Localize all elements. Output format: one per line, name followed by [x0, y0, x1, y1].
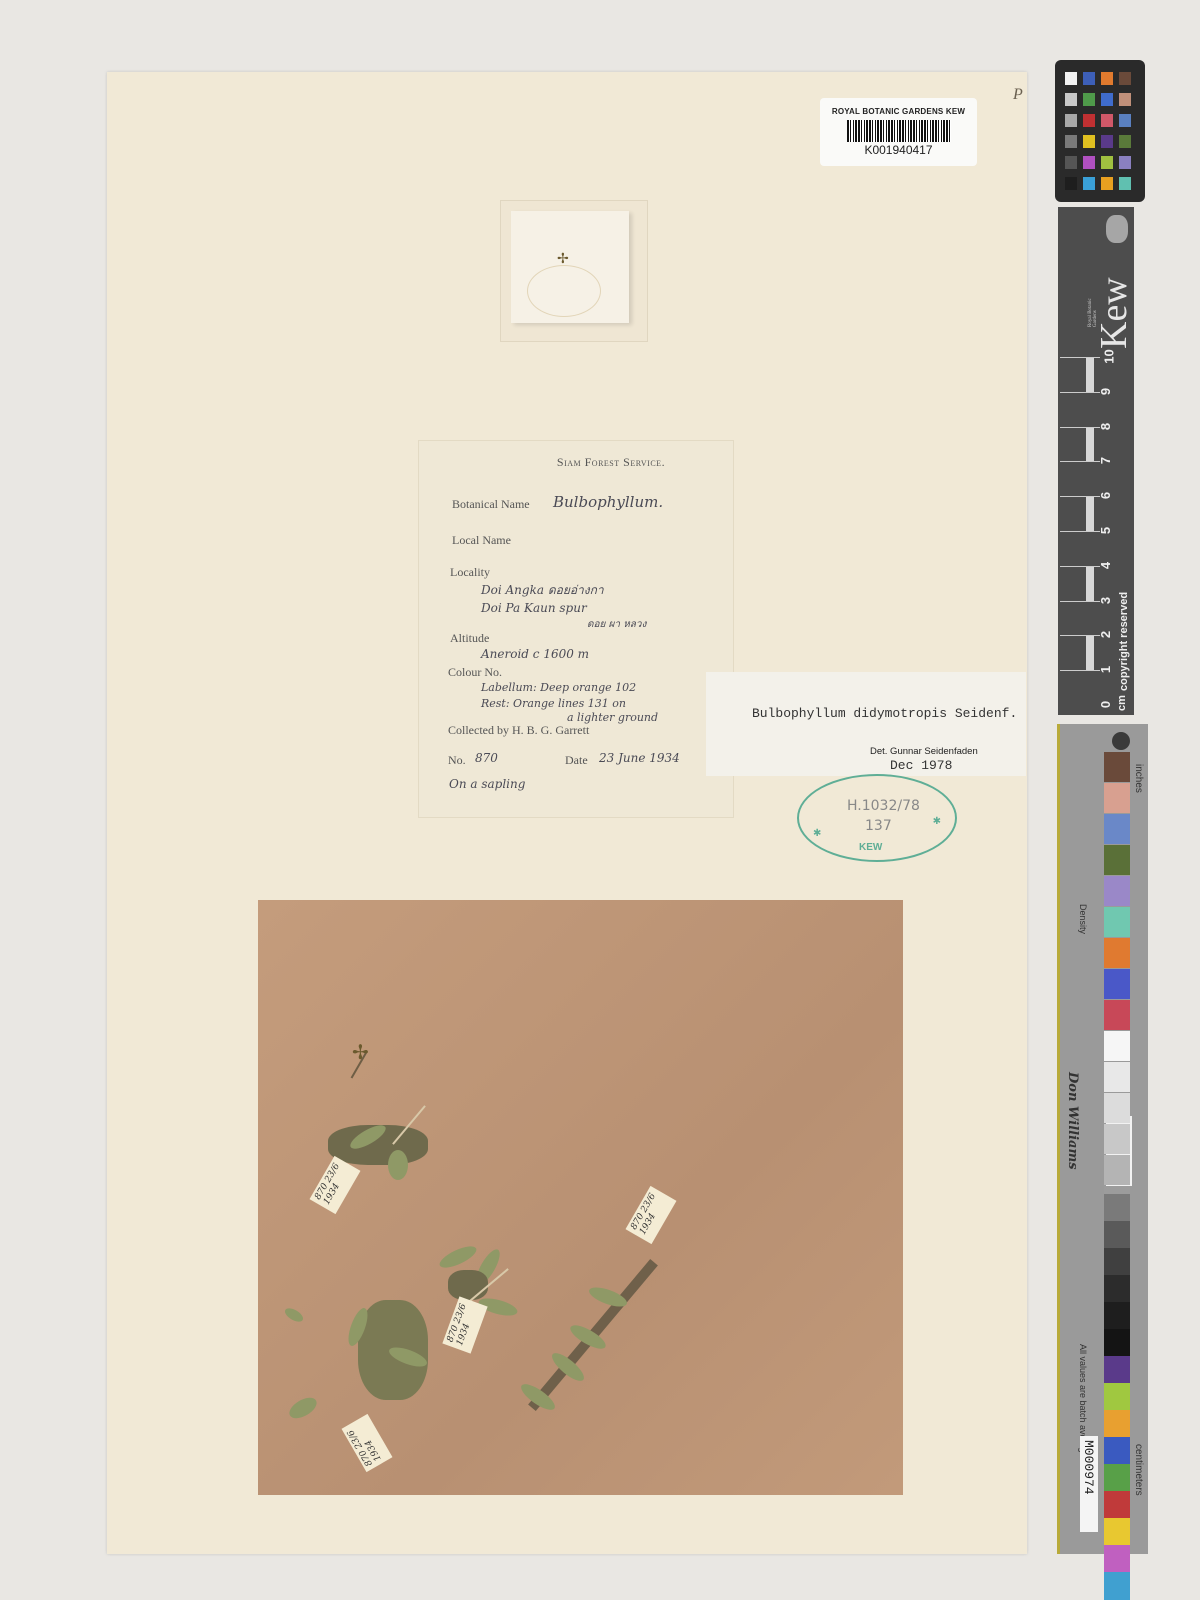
collection-label: Siam Forest Service. Botanical Name Bulb… [418, 440, 734, 818]
packet-flap: ✢ [511, 211, 629, 323]
kew-scale-bar: Kew Royal Botanic Gardens copyright rese… [1058, 207, 1134, 715]
color-patch [1104, 1437, 1130, 1467]
stamp-number: 137 [865, 818, 892, 834]
botanical-name-label: Botanical Name [452, 497, 530, 512]
local-name-label: Local Name [452, 533, 511, 548]
date-value: 23 June 1934 [599, 751, 680, 765]
color-swatch [1101, 114, 1113, 127]
color-swatch [1119, 114, 1131, 127]
number-label: No. [448, 753, 466, 768]
locality-line-3: ดอย ผา หลวง [587, 617, 646, 632]
card-id-box: M000974 [1080, 1436, 1098, 1532]
ruler-segment [1060, 601, 1100, 636]
color-patch [1104, 1410, 1130, 1440]
color-swatch [1101, 177, 1113, 190]
barcode-icon [847, 120, 951, 142]
color-patch [1104, 1062, 1130, 1092]
ruler-segment [1060, 531, 1100, 566]
color-swatch [1083, 177, 1095, 190]
ruler-tick-label: 4 [1098, 562, 1113, 569]
centimeters-label: centimeters [1133, 1444, 1144, 1496]
color-swatch [1119, 177, 1131, 190]
brand-name: Don Williams [1065, 1072, 1080, 1170]
ruler-segment [1060, 566, 1100, 601]
color-swatch [1065, 177, 1077, 190]
barcode-label: ROYAL BOTANIC GARDENS KEW K001940417 [820, 98, 977, 166]
copyright-notice: copyright reserved [1118, 592, 1130, 691]
color-patch [1104, 1518, 1130, 1548]
specimen-tag: 870 23/6 1934 [342, 1414, 393, 1472]
color-swatch [1083, 156, 1095, 169]
determiner: Det. Gunnar Seidenfaden [870, 746, 978, 757]
color-swatch [1083, 114, 1095, 127]
ruler-tick-label: 2 [1098, 631, 1113, 638]
specimen-tag: 870 23/6 1934 [626, 1186, 677, 1244]
color-swatch [1119, 156, 1131, 169]
color-patch [1104, 938, 1130, 968]
ruler-tick-label: 6 [1098, 492, 1113, 499]
color-patch [1104, 814, 1130, 844]
color-target-card: inches Density Don Williams All values a… [1057, 724, 1148, 1554]
color-swatch [1065, 114, 1077, 127]
color-patch [1104, 1031, 1130, 1061]
color-patch [1104, 1356, 1130, 1386]
ruler-segment [1060, 357, 1100, 392]
institution-name: ROYAL BOTANIC GARDENS KEW [820, 107, 977, 116]
habitat-note: On a sapling [449, 777, 525, 791]
color-patch [1104, 876, 1130, 906]
fragment-packet[interactable]: ✢ [500, 200, 648, 342]
color-swatch [1101, 72, 1113, 85]
cm-ruler [1060, 357, 1100, 705]
ruler-tick-label: 3 [1098, 596, 1113, 603]
ruler-tick-label: 5 [1098, 527, 1113, 534]
packet-outline [527, 265, 601, 317]
color-patch [1104, 1545, 1130, 1575]
color-swatch [1101, 93, 1113, 106]
ruler-tick-label: 7 [1098, 457, 1113, 464]
ruler-segment [1060, 670, 1100, 705]
color-patch [1104, 845, 1130, 875]
color-patch [1104, 1464, 1130, 1494]
ruler-segment [1060, 427, 1100, 462]
color-patch [1104, 1302, 1130, 1332]
ruler-segment [1060, 392, 1100, 427]
color-swatch [1083, 72, 1095, 85]
color-swatch [1119, 72, 1131, 85]
label-header: Siam Forest Service. [419, 455, 733, 470]
specimen-tag: 870 23/6 1934 [442, 1296, 487, 1353]
kew-accession-stamp: H.1032/78 137 KEW ✱ ✱ [797, 774, 957, 862]
color-patch [1104, 1275, 1130, 1305]
color-patch [1104, 1383, 1130, 1413]
color-swatch [1083, 93, 1095, 106]
taxon-name: Bulbophyllum didymotropis Seidenf. [752, 706, 1017, 721]
unit-label: cm [1116, 695, 1128, 711]
color-patch [1104, 1124, 1130, 1154]
color-swatch [1065, 135, 1077, 148]
color-patch [1104, 969, 1130, 999]
color-swatch [1101, 135, 1113, 148]
color-patch [1104, 1329, 1130, 1359]
color-swatch [1083, 135, 1095, 148]
number-value: 870 [475, 751, 498, 765]
ruler-tick-label: 9 [1098, 388, 1113, 395]
specimen-mount: ✢ 870 23/6 1934 870 23/6 1934 870 23/6 1… [258, 900, 903, 1495]
star-icon: ✱ [813, 828, 821, 839]
barcode-number: K001940417 [820, 143, 977, 157]
ruler-tick-label: 10 [1102, 349, 1117, 363]
color-patch [1104, 1221, 1130, 1251]
locality-line-2: Doi Pa Kaun spur [481, 601, 587, 615]
color-swatch [1119, 93, 1131, 106]
color-swatch [1119, 135, 1131, 148]
locality-label: Locality [450, 565, 490, 580]
density-label: Density [1078, 904, 1088, 934]
color-patch [1104, 1155, 1130, 1185]
color-patch [1104, 1093, 1130, 1123]
color-patch [1104, 752, 1130, 782]
inches-label: inches [1133, 764, 1144, 793]
hanging-hole [1112, 732, 1130, 750]
royal-crest-icon [1106, 215, 1128, 243]
ruler-segment [1060, 461, 1100, 496]
ruler-segment [1060, 496, 1100, 531]
specimen-tag: 870 23/6 1934 [310, 1156, 361, 1214]
kew-subtitle: Royal Botanic Gardens [1088, 281, 1098, 327]
color-swatch [1065, 93, 1077, 106]
color-patch [1104, 1000, 1130, 1030]
card-id: M000974 [1081, 1440, 1096, 1495]
ruler-segment [1060, 635, 1100, 670]
ruler-tick-label: 1 [1098, 666, 1113, 673]
ruler-tick-label: 0 [1098, 701, 1113, 708]
locality-line-1: Doi Angka ดอยอ่างกา [481, 581, 604, 600]
stamp-place: KEW [859, 842, 882, 853]
colour-line-2: Rest: Orange lines 131 on [481, 697, 626, 710]
color-checker-card [1055, 60, 1145, 202]
altitude-label: Altitude [450, 631, 489, 646]
accession-number: H.1032/78 [847, 798, 920, 814]
color-swatch [1065, 156, 1077, 169]
color-swatch [1101, 156, 1113, 169]
ruler-tick-label: 8 [1098, 422, 1113, 429]
colour-line-1: Labellum: Deep orange 102 [481, 681, 636, 694]
corner-mark: P [1013, 86, 1023, 104]
color-patch [1104, 1248, 1130, 1278]
kew-logo: Kew [1092, 277, 1136, 349]
altitude-value: Aneroid c 1600 m [481, 647, 589, 661]
determination-slip: Bulbophyllum didymotropis Seidenf. Det. … [706, 672, 1026, 776]
flower-icon: ✢ [352, 1040, 369, 1065]
color-patch [1104, 907, 1130, 937]
flower-fragment-icon: ✢ [557, 251, 569, 268]
color-patch [1104, 1194, 1130, 1224]
color-patch [1104, 1491, 1130, 1521]
botanical-name-value: Bulbophyllum. [553, 493, 663, 511]
color-swatch [1065, 72, 1077, 85]
determination-date: Dec 1978 [890, 758, 952, 773]
star-icon: ✱ [933, 816, 941, 827]
collector: Collected by H. B. G. Garrett [448, 723, 589, 738]
colour-label: Colour No. [448, 665, 502, 680]
color-patch [1104, 783, 1130, 813]
color-patch [1104, 1572, 1130, 1600]
date-label: Date [565, 753, 588, 768]
